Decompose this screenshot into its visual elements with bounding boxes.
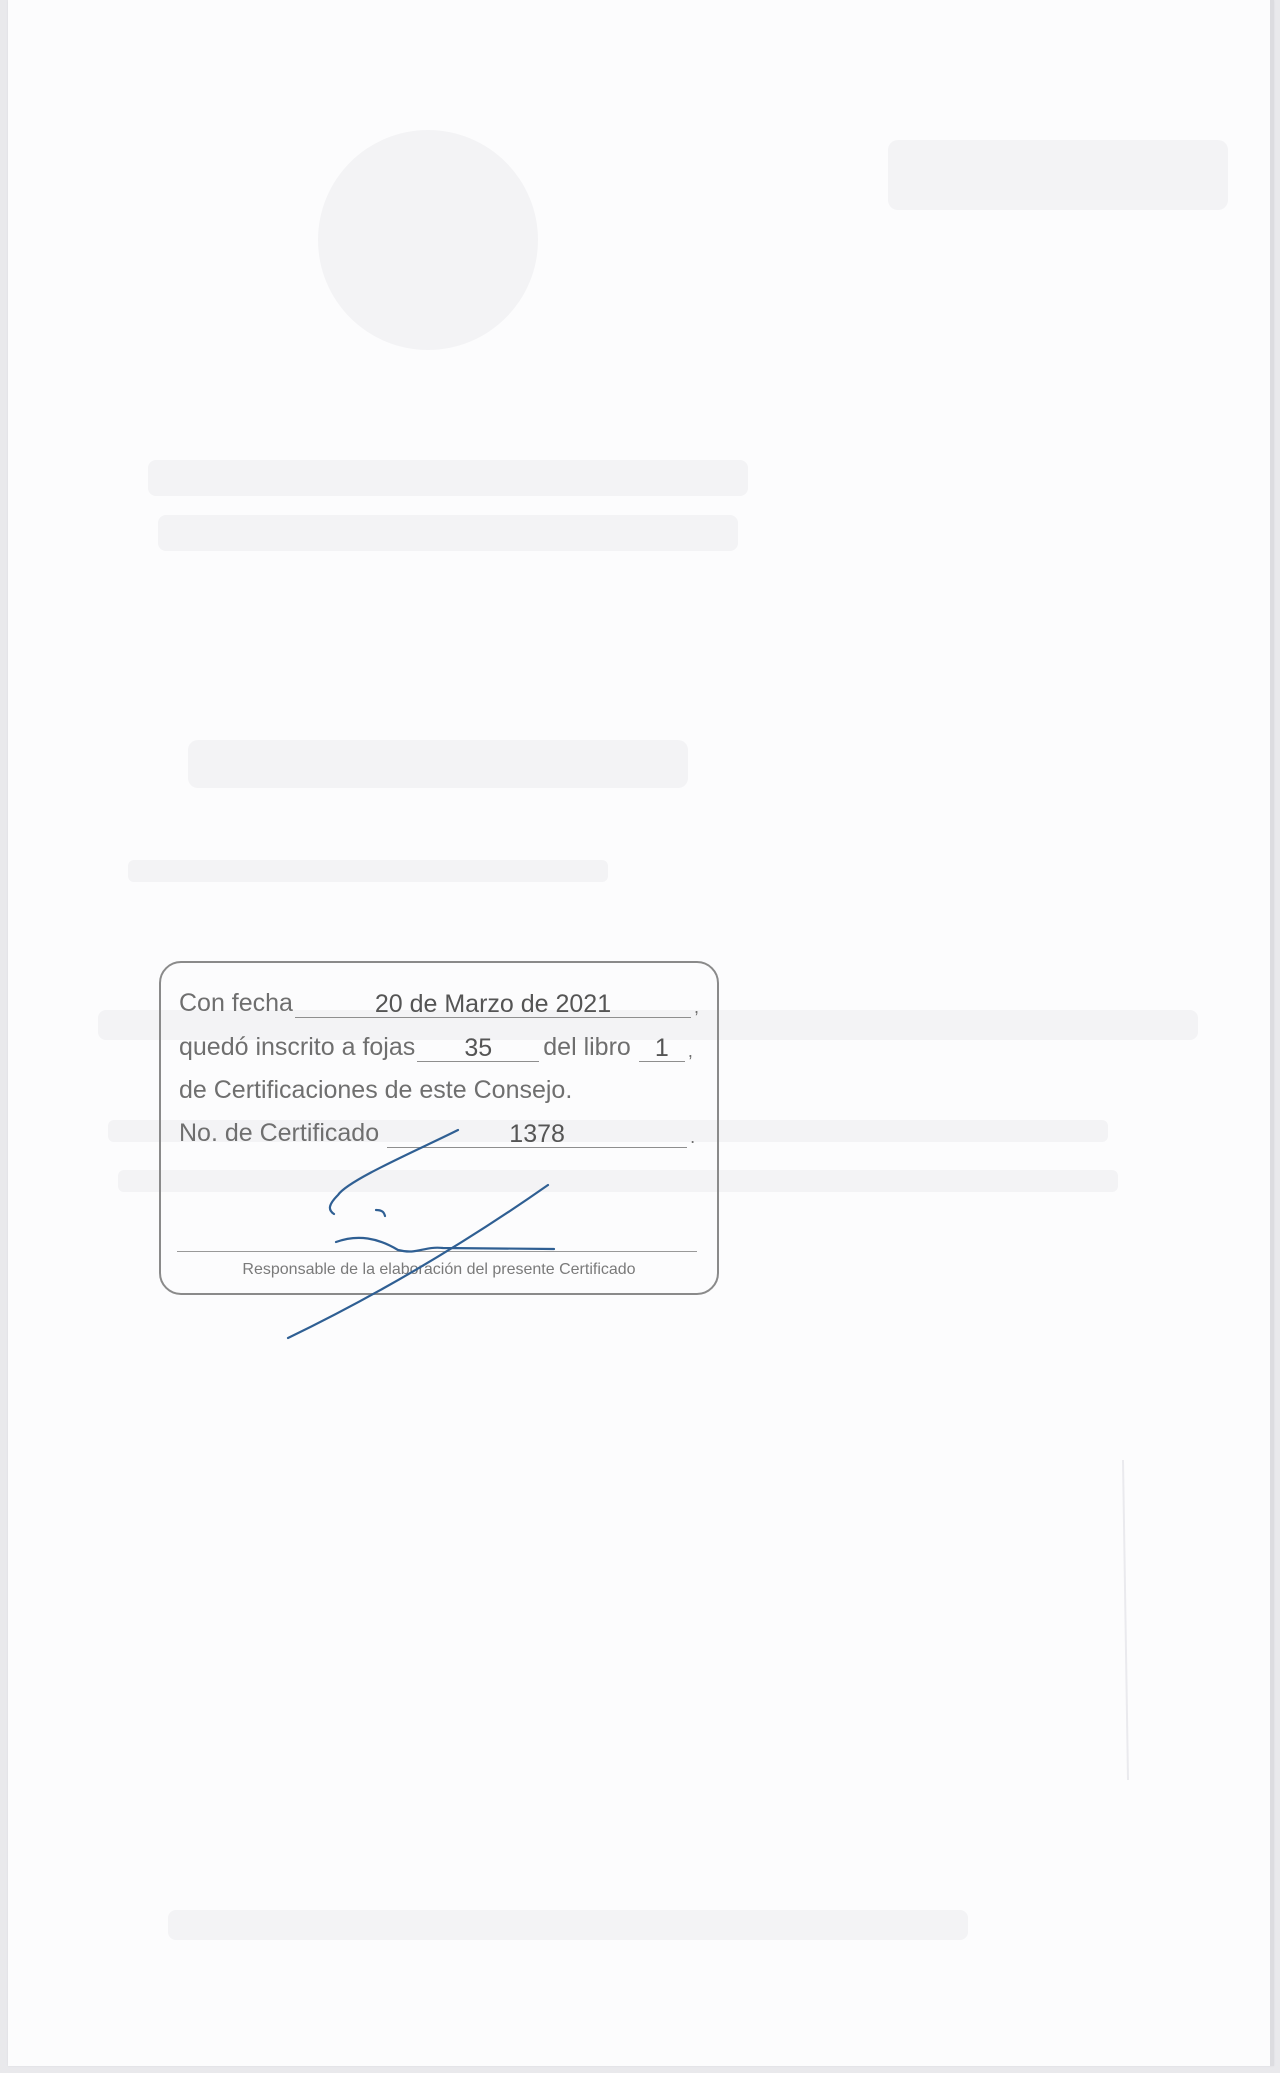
libro-value: 1	[639, 1035, 685, 1062]
registration-stamp: Con fecha 20 de Marzo de 2021 , quedó in…	[159, 961, 719, 1295]
comma: ,	[694, 997, 699, 1018]
signature-caption: Responsable de la elaboración del presen…	[161, 1261, 717, 1279]
date-label: Con fecha	[179, 989, 293, 1018]
council-row: de Certificaciones de este Consejo.	[179, 1076, 572, 1105]
signature-line	[177, 1251, 697, 1252]
fojas-label: quedó inscrito a fojas	[179, 1033, 415, 1062]
document-page: Con fecha 20 de Marzo de 2021 , quedó in…	[8, 0, 1274, 2066]
fojas-row: quedó inscrito a fojas 35 del libro 1 ,	[179, 1033, 693, 1062]
date-row: Con fecha 20 de Marzo de 2021 ,	[179, 989, 699, 1018]
certificate-number: 1378	[387, 1121, 687, 1148]
libro-label: del libro	[543, 1033, 631, 1062]
certificate-row: No. de Certificado 1378 .	[179, 1119, 695, 1148]
fojas-value: 35	[417, 1035, 539, 1062]
certificate-label: No. de Certificado	[179, 1119, 379, 1148]
council-text: de Certificaciones de este Consejo.	[179, 1076, 572, 1105]
date-value: 20 de Marzo de 2021	[295, 991, 691, 1018]
period: .	[690, 1127, 695, 1148]
comma: ,	[688, 1041, 693, 1062]
